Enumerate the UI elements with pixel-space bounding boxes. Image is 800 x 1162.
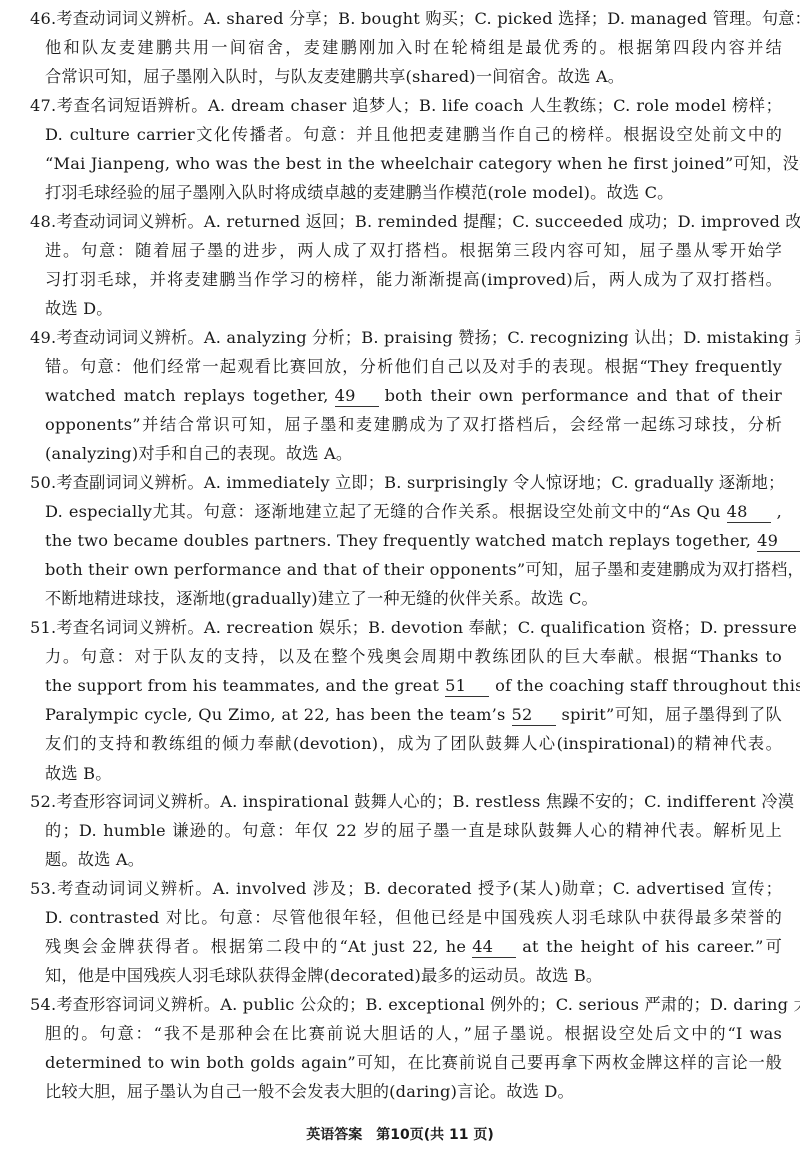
- page-footer: 英语答案 第10页(共 11 页): [0, 1125, 800, 1145]
- line-text: 考查名词词义辨析。A. recreation 娱乐；B. devotion 奉献…: [56, 618, 800, 637]
- item-line: 胆的。句意：“我不是那种会在比赛前说大胆话的人，”屈子墨说。根据设空处后文中的“…: [45, 1019, 782, 1048]
- item-first-line: 53.考查动词词义辨析。A. involved 涉及；B. decorated …: [30, 874, 782, 903]
- line-text: both their own performance and that of t…: [45, 560, 800, 579]
- item-number: 50.: [30, 473, 56, 492]
- item-line: D. contrasted 对比。句意：尽管他很年轻，但他已经是中国残疾人羽毛球…: [45, 903, 782, 932]
- line-text: D. culture carrier文化传播者。句意：并且他把麦建鹏当作自己的榜…: [45, 125, 782, 144]
- answer-key-page: 46.考查动词词义辨析。A. shared 分享；B. bought 购买；C.…: [0, 0, 800, 1162]
- item-line: the support from his teammates, and the …: [45, 671, 782, 700]
- line-text: “Mai Jianpeng, who was the best in the w…: [45, 154, 800, 173]
- line-text: 考查副词词义辨析。A. immediately 立即；B. surprising…: [56, 473, 784, 492]
- line-text: 友们的支持和教练组的倾力奉献(devotion)，成为了团队鼓舞人心(inspi…: [45, 734, 782, 753]
- line-text: Paralympic cycle, Qu Zimo, at 22, has be…: [45, 705, 506, 724]
- item-line: 比较大胆，屈子墨认为自己一般不会发表大胆的(daring)言论。故选 D。: [45, 1077, 782, 1106]
- item-number: 53.: [30, 879, 56, 898]
- line-text: 比较大胆，屈子墨认为自己一般不会发表大胆的(daring)言论。故选 D。: [45, 1082, 574, 1101]
- line-text: opponents”并结合常识可知，屈子墨和麦建鹏成为了双打搭档后，会经常一起练…: [45, 415, 782, 434]
- line-text: determined to win both golds again”可知，在比…: [45, 1053, 782, 1072]
- item-number: 46.: [30, 9, 56, 28]
- fill-in-blank: 49: [757, 531, 800, 552]
- line-text: the two became doubles partners. They fr…: [45, 531, 751, 550]
- line-text: 故选 B。: [45, 764, 112, 783]
- line-text: the support from his teammates, and the …: [45, 676, 439, 695]
- item-line: 友们的支持和教练组的倾力奉献(devotion)，成为了团队鼓舞人心(inspi…: [45, 729, 782, 758]
- fill-in-blank: 51: [445, 676, 489, 697]
- item-line: Paralympic cycle, Qu Zimo, at 22, has be…: [45, 700, 782, 729]
- item-first-line: 52.考查形容词词义辨析。A. inspirational 鼓舞人心的；B. r…: [30, 787, 782, 816]
- line-text: 残奥会金牌获得者。根据第二段中的“At just 22, he: [45, 937, 466, 956]
- line-text: watched match replays together,: [45, 386, 329, 405]
- line-text: 打羽毛球经验的屈子墨刚入队时将成绩卓越的麦建鹏当作模范(role model)。…: [45, 183, 674, 202]
- item-line: D. culture carrier文化传播者。句意：并且他把麦建鹏当作自己的榜…: [45, 120, 782, 149]
- item-line: both their own performance and that of t…: [45, 555, 782, 584]
- item-number: 48.: [30, 212, 56, 231]
- item-first-line: 48.考查动词词义辨析。A. returned 返回；B. reminded 提…: [30, 207, 782, 236]
- line-text: 考查动词词义辨析。A. analyzing 分析；B. praising 赞扬；…: [56, 328, 800, 347]
- line-text: 的；D. humble 谦逊的。句意：年仅 22 岁的屈子墨一直是球队鼓舞人心的…: [45, 821, 782, 840]
- item-number: 54.: [30, 995, 56, 1014]
- fill-in-blank: 52: [512, 705, 556, 726]
- item-line: D. especially尤其。句意：逐渐地建立起了无缝的合作关系。根据设空处前…: [45, 497, 782, 526]
- item-first-line: 51.考查名词词义辨析。A. recreation 娱乐；B. devotion…: [30, 613, 782, 642]
- line-text: 知，他是中国残疾人羽毛球队获得金牌(decorated)最多的运动员。故选 B。: [45, 966, 602, 985]
- item-line: 合常识可知，屈子墨刚入队时，与队友麦建鹏共享(shared)一间宿舍。故选 A。: [45, 62, 782, 91]
- line-text: 不断地精进球技，逐渐地(gradually)建立了一种无缝的伙伴关系。故选 C。: [45, 589, 598, 608]
- item-line: 习打羽毛球，并将麦建鹏当作学习的榜样，能力渐渐提高(improved)后，两人成…: [45, 265, 782, 294]
- line-text: 考查形容词词义辨析。A. inspirational 鼓舞人心的；B. rest…: [56, 792, 794, 811]
- line-text: 考查动词词义辨析。A. returned 返回；B. reminded 提醒；C…: [56, 212, 800, 231]
- item-line: (analyzing)对手和自己的表现。故选 A。: [45, 439, 782, 468]
- line-text: of the coaching staff throughout this: [495, 676, 800, 695]
- line-text: 习打羽毛球，并将麦建鹏当作学习的榜样，能力渐渐提高(improved)后，两人成…: [45, 270, 782, 289]
- line-text: spirit”可知，屈子墨得到了队: [562, 705, 782, 724]
- item-line: 故选 B。: [45, 759, 782, 788]
- item-line: 残奥会金牌获得者。根据第二段中的“At just 22, he44at the …: [45, 932, 782, 961]
- item-line: 力。句意：对于队友的支持，以及在整个残奥会周期中教练团队的巨大奉献。根据“Tha…: [45, 642, 782, 671]
- line-text: D. especially尤其。句意：逐渐地建立起了无缝的合作关系。根据设空处前…: [45, 502, 721, 521]
- item-line: the two became doubles partners. They fr…: [45, 526, 782, 555]
- line-text: 合常识可知，屈子墨刚入队时，与队友麦建鹏共享(shared)一间宿舍。故选 A。: [45, 67, 624, 86]
- fill-in-blank: 49: [335, 386, 379, 407]
- line-text: 考查动词词义辨析。A. involved 涉及；B. decorated 授予(…: [56, 879, 782, 898]
- line-text: 考查形容词词义辨析。A. public 公众的；B. exceptional 例…: [56, 995, 800, 1014]
- item-line: determined to win both golds again”可知，在比…: [45, 1048, 782, 1077]
- item-line: 知，他是中国残疾人羽毛球队获得金牌(decorated)最多的运动员。故选 B。: [45, 961, 782, 990]
- item-number: 49.: [30, 328, 56, 347]
- item-line: 错。句意：他们经常一起观看比赛回放，分析他们自己以及对手的表现。根据“They …: [45, 352, 782, 381]
- line-text: (analyzing)对手和自己的表现。故选 A。: [45, 444, 352, 463]
- item-line: 故选 D。: [45, 294, 782, 323]
- line-text: 他和队友麦建鹏共用一间宿舍，麦建鹏刚加入时在轮椅组是最优秀的。根据第四段内容并结: [45, 38, 782, 57]
- item-first-line: 54.考查形容词词义辨析。A. public 公众的；B. exceptiona…: [30, 990, 782, 1019]
- item-line: watched match replays together,49both th…: [45, 381, 782, 410]
- line-text: at the height of his career.”可: [522, 937, 782, 956]
- line-text: 错。句意：他们经常一起观看比赛回放，分析他们自己以及对手的表现。根据“They …: [45, 357, 782, 376]
- item-first-line: 50.考查副词词义辨析。A. immediately 立即；B. surpris…: [30, 468, 782, 497]
- item-number: 47.: [30, 96, 56, 115]
- item-first-line: 47.考查名词短语辨析。A. dream chaser 追梦人；B. life …: [30, 91, 782, 120]
- fill-in-blank: 48: [727, 502, 771, 523]
- item-line: “Mai Jianpeng, who was the best in the w…: [45, 149, 782, 178]
- line-text: 胆的。句意：“我不是那种会在比赛前说大胆话的人，”屈子墨说。根据设空处后文中的“…: [45, 1024, 782, 1043]
- item-line: 进。句意：随着屈子墨的进步，两人成了双打搭档。根据第三段内容可知，屈子墨从零开始…: [45, 236, 782, 265]
- line-text: ,: [777, 502, 782, 521]
- item-line: 他和队友麦建鹏共用一间宿舍，麦建鹏刚加入时在轮椅组是最优秀的。根据第四段内容并结: [45, 33, 782, 62]
- line-text: 考查名词短语辨析。A. dream chaser 追梦人；B. life coa…: [56, 96, 782, 115]
- line-text: 考查动词词义辨析。A. shared 分享；B. bought 购买；C. pi…: [56, 9, 800, 28]
- item-first-line: 46.考查动词词义辨析。A. shared 分享；B. bought 购买；C.…: [30, 4, 782, 33]
- item-line: 不断地精进球技，逐渐地(gradually)建立了一种无缝的伙伴关系。故选 C。: [45, 584, 782, 613]
- item-line: 的；D. humble 谦逊的。句意：年仅 22 岁的屈子墨一直是球队鼓舞人心的…: [45, 816, 782, 845]
- line-text: D. contrasted 对比。句意：尽管他很年轻，但他已经是中国残疾人羽毛球…: [45, 908, 782, 927]
- line-text: both their own performance and that of t…: [385, 386, 782, 405]
- item-number: 51.: [30, 618, 56, 637]
- item-line: 题。故选 A。: [45, 845, 782, 874]
- line-text: 题。故选 A。: [45, 850, 144, 869]
- fill-in-blank: 44: [472, 937, 516, 958]
- item-first-line: 49.考查动词词义辨析。A. analyzing 分析；B. praising …: [30, 323, 782, 352]
- item-line: opponents”并结合常识可知，屈子墨和麦建鹏成为了双打搭档后，会经常一起练…: [45, 410, 782, 439]
- item-line: 打羽毛球经验的屈子墨刚入队时将成绩卓越的麦建鹏当作模范(role model)。…: [45, 178, 782, 207]
- line-text: 力。句意：对于队友的支持，以及在整个残奥会周期中教练团队的巨大奉献。根据“Tha…: [45, 647, 782, 666]
- line-text: 故选 D。: [45, 299, 113, 318]
- item-number: 52.: [30, 792, 56, 811]
- line-text: 进。句意：随着屈子墨的进步，两人成了双打搭档。根据第三段内容可知，屈子墨从零开始…: [45, 241, 782, 260]
